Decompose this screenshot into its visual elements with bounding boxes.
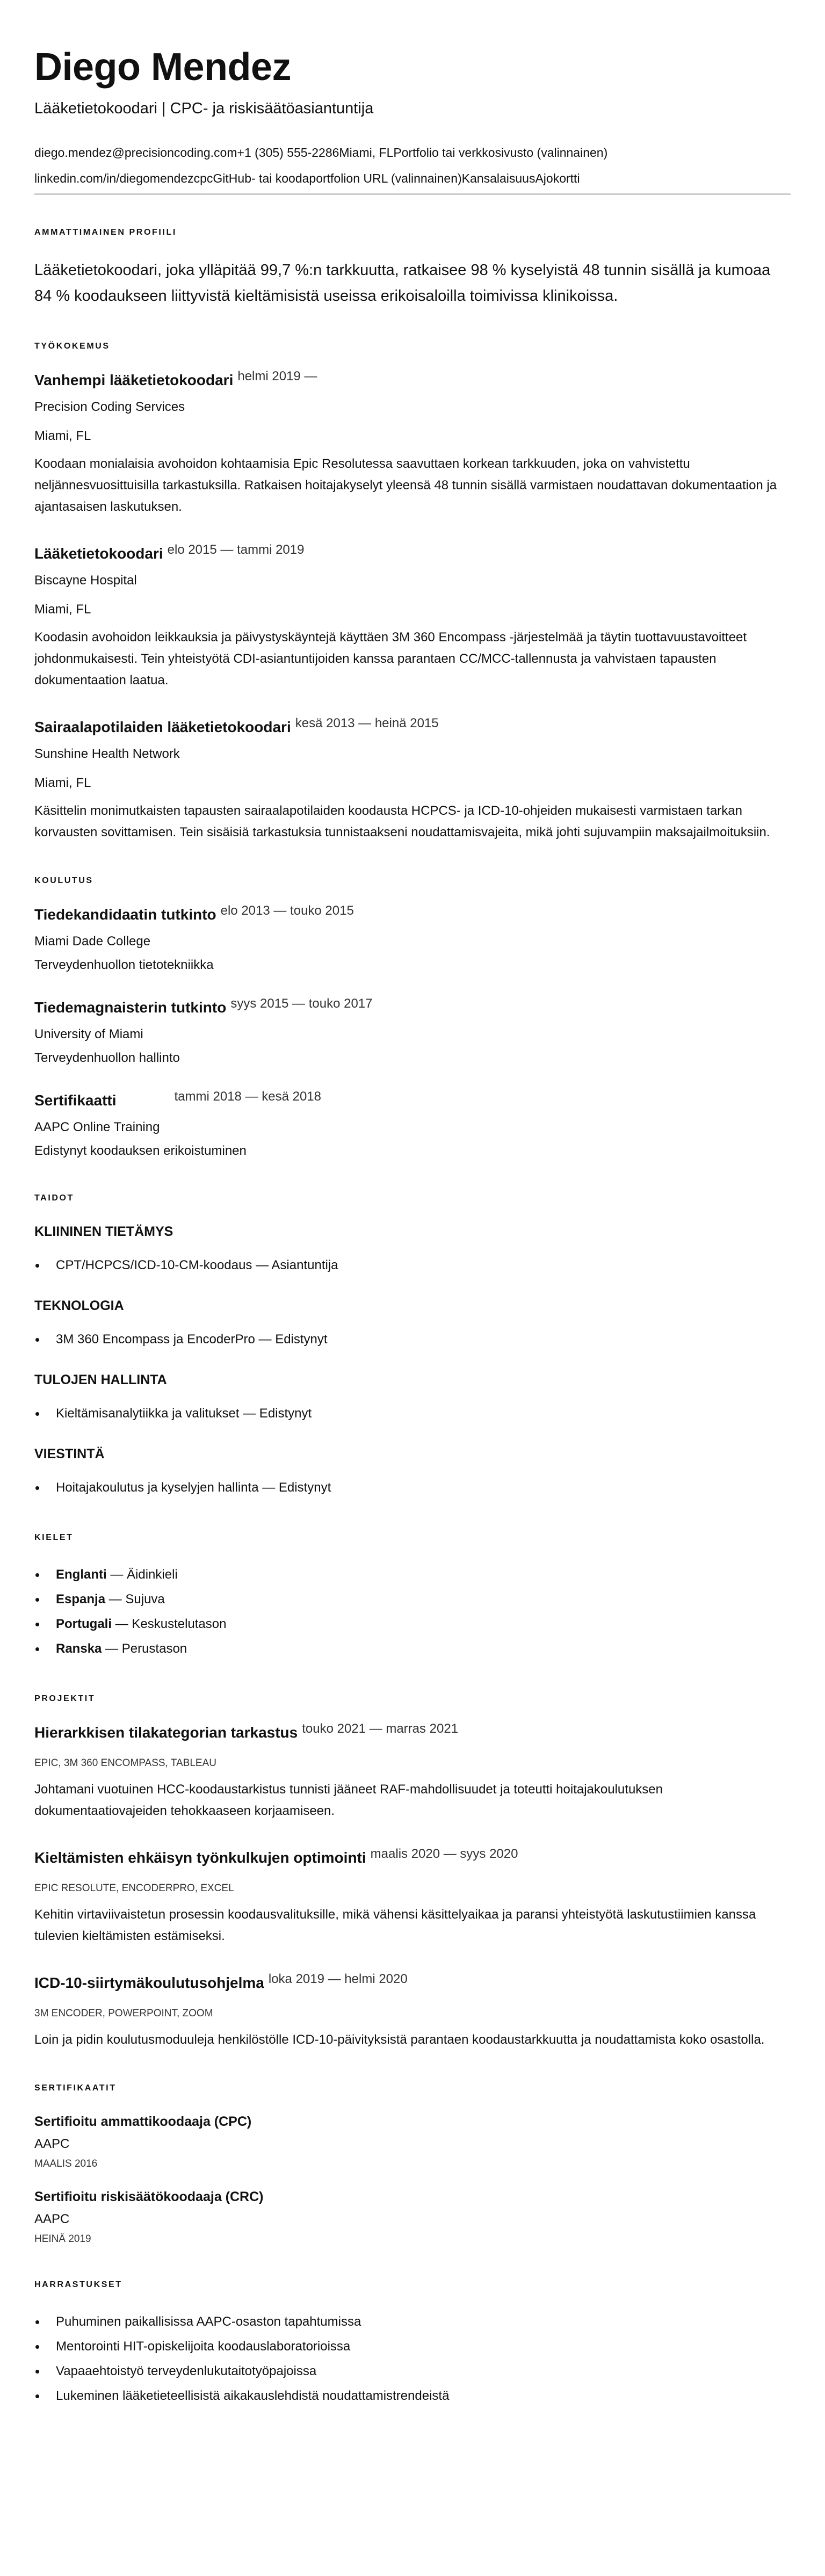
job-description: Koodaan monialaisia avohoidon kohtaamisi… (34, 453, 791, 518)
skills-section: Taidot KLIININEN TIETÄMYSCPT/HCPCS/ICD-1… (34, 1193, 791, 1500)
project-entry: Kieltämisten ehkäisyn työnkulkujen optim… (34, 1849, 791, 1947)
experience-section: Työkokemus Vanhempi lääketietokoodarihel… (34, 341, 791, 843)
location: Miami, FL (339, 146, 393, 160)
skill-group: TULOJEN HALLINTAKieltämisanalytiikka ja … (34, 1371, 791, 1426)
certification-name: Sertifioitu riskisäätökoodaaja (CRC) (34, 2188, 791, 2205)
skill-group: KLIININEN TIETÄMYSCPT/HCPCS/ICD-10-CM-ko… (34, 1223, 791, 1278)
entry-heading: Sertifikaattitammi 2018 — kesä 2018 (34, 1091, 791, 1115)
skill-item: 3M 360 Encompass ja EncoderPro — Edistyn… (34, 1327, 791, 1352)
interest-item: Puhuminen paikallisissa AAPC-osaston tap… (34, 2310, 791, 2334)
separator: — (107, 1567, 127, 1582)
entry-heading: Vanhempi lääketietokoodarihelmi 2019 — (34, 371, 791, 394)
company-name: Precision Coding Services (34, 397, 791, 417)
field-of-study: Terveydenhuollon tietotekniikka (34, 956, 791, 975)
section-title: Ammattimainen profiili (34, 227, 791, 238)
school-name: AAPC Online Training (34, 1118, 791, 1137)
job-title: Lääketietokoodari (34, 545, 163, 562)
citizenship: Kansalaisuus (462, 171, 535, 185)
entry-heading: Kieltämisten ehkäisyn työnkulkujen optim… (34, 1849, 791, 1872)
separator: — (102, 1641, 121, 1656)
skill-group-title: TEKNOLOGIA (34, 1297, 791, 1314)
skill-group: TEKNOLOGIA3M 360 Encompass ja EncoderPro… (34, 1297, 791, 1352)
contact-info: diego.mendez@precisioncoding.com+1 (305)… (34, 140, 791, 195)
languages-section: Kielet Englanti — ÄidinkieliEspanja — Su… (34, 1532, 791, 1661)
section-title: Työkokemus (34, 341, 791, 352)
project-description: Johtamani vuotuinen HCC-koodaustarkistus… (34, 1779, 791, 1822)
project-tech-stack: 3M Encoder, PowerPoint, Zoom (34, 2006, 791, 2022)
section-title: Projektit (34, 1694, 791, 1704)
resume-page: Diego Mendez Lääketietokoodari | CPC- ja… (0, 0, 825, 2408)
language-name: Portugali (56, 1617, 112, 1631)
separator: — (112, 1617, 132, 1631)
section-title: Kielet (34, 1532, 791, 1543)
separator: — (105, 1592, 125, 1607)
project-name: Hierarkkisen tilakategorian tarkastus (34, 1724, 298, 1741)
project-name: Kieltämisten ehkäisyn työnkulkujen optim… (34, 1849, 366, 1866)
candidate-headline: Lääketietokoodari | CPC- ja riskisäätöas… (34, 98, 791, 119)
certifications-section: Sertifikaatit Sertifioitu ammattikoodaaj… (34, 2083, 791, 2247)
job-dates: helmi 2019 — (237, 369, 317, 383)
project-description: Loin ja pidin koulutusmoduuleja henkilös… (34, 2029, 791, 2051)
interest-item: Lukeminen lääketieteellisistä aikakausle… (34, 2384, 791, 2408)
drivers-license: Ajokortti (535, 171, 580, 185)
certification-entry: Sertifioitu riskisäätökoodaaja (CRC)AAPC… (34, 2188, 791, 2247)
section-title: Koulutus (34, 875, 791, 886)
field-of-study: Terveydenhuollon hallinto (34, 1048, 791, 1068)
company-name: Biscayne Hospital (34, 571, 791, 590)
resume-header: Diego Mendez Lääketietokoodari | CPC- ja… (34, 44, 791, 195)
education-entry: Tiedemagnaisterin tutkintosyys 2015 — to… (34, 998, 791, 1068)
education-section: Koulutus Tiedekandidaatin tutkintoelo 20… (34, 875, 791, 1161)
phone-number[interactable]: +1 (305) 555-2286 (237, 146, 339, 160)
school-name: University of Miami (34, 1025, 791, 1044)
project-dates: maalis 2020 — syys 2020 (371, 1847, 518, 1861)
language-level: Sujuva (125, 1592, 164, 1607)
language-level: Keskustelutason (132, 1617, 226, 1631)
language-name: Englanti (56, 1567, 107, 1582)
education-dates: syys 2015 — touko 2017 (230, 996, 372, 1011)
language-level: Perustason (122, 1641, 187, 1656)
education-dates: tammi 2018 — kesä 2018 (175, 1089, 321, 1104)
language-item: Ranska — Perustason (34, 1637, 791, 1661)
project-entry: Hierarkkisen tilakategorian tarkastustou… (34, 1724, 791, 1822)
section-title: Sertifikaatit (34, 2083, 791, 2094)
field-of-study: Edistynyt koodauksen erikoistuminen (34, 1141, 791, 1161)
certification-entry: Sertifioitu ammattikoodaaja (CPC)AAPCmaa… (34, 2113, 791, 2172)
certification-date: maalis 2016 (34, 2156, 791, 2172)
language-item: Englanti — Äidinkieli (34, 1562, 791, 1587)
skill-group: VIESTINTÄHoitajakoulutus ja kyselyjen ha… (34, 1445, 791, 1500)
job-description: Käsittelin monimutkaisten tapausten sair… (34, 800, 791, 843)
skill-item: Kieltämisanalytiikka ja valitukset — Edi… (34, 1401, 791, 1426)
education-dates: elo 2013 — touko 2015 (221, 903, 354, 918)
job-dates: kesä 2013 — heinä 2015 (295, 716, 439, 730)
degree-name: Tiedemagnaisterin tutkinto (34, 999, 226, 1016)
entry-heading: Tiedekandidaatin tutkintoelo 2013 — touk… (34, 906, 791, 929)
languages-list: Englanti — ÄidinkieliEspanja — SujuvaPor… (34, 1562, 791, 1661)
education-entry: Sertifikaattitammi 2018 — kesä 2018AAPC … (34, 1091, 791, 1161)
contact-line-2: linkedin.com/in/diegomendezcpcGitHub- ta… (34, 165, 791, 191)
certification-issuer: AAPC (34, 2134, 791, 2154)
job-title: Vanhempi lääketietokoodari (34, 372, 233, 388)
project-dates: loka 2019 — helmi 2020 (269, 1972, 408, 1986)
interest-item: Mentorointi HIT-opiskelijoita koodauslab… (34, 2334, 791, 2359)
candidate-name: Diego Mendez (34, 44, 791, 90)
education-entry: Tiedekandidaatin tutkintoelo 2013 — touk… (34, 906, 791, 975)
github-link[interactable]: GitHub- tai koodaportfolion URL (valinna… (213, 171, 461, 185)
language-name: Ranska (56, 1641, 102, 1656)
job-location: Miami, FL (34, 600, 791, 619)
project-tech-stack: Epic Resolute, EncoderPro, Excel (34, 1880, 791, 1897)
project-dates: touko 2021 — marras 2021 (302, 1721, 458, 1736)
section-title: Harrastukset (34, 2280, 791, 2290)
experience-entry: Lääketietokoodarielo 2015 — tammi 2019Bi… (34, 545, 791, 691)
skill-list: Hoitajakoulutus ja kyselyjen hallinta — … (34, 1475, 791, 1500)
experience-entry: Sairaalapotilaiden lääketietokoodarikesä… (34, 718, 791, 843)
skill-list: 3M 360 Encompass ja EncoderPro — Edistyn… (34, 1327, 791, 1352)
projects-section: Projektit Hierarkkisen tilakategorian ta… (34, 1694, 791, 2051)
job-description: Koodasin avohoidon leikkauksia ja päivys… (34, 627, 791, 691)
interest-item: Vapaaehtoistyö terveydenlukutaitotyöpajo… (34, 2359, 791, 2384)
interests-list: Puhuminen paikallisissa AAPC-osaston tap… (34, 2310, 791, 2408)
certification-issuer: AAPC (34, 2210, 791, 2229)
language-level: Äidinkieli (127, 1567, 178, 1582)
job-title: Sairaalapotilaiden lääketietokoodari (34, 719, 291, 735)
skill-group-title: VIESTINTÄ (34, 1445, 791, 1463)
skill-item: CPT/HCPCS/ICD-10-CM-koodaus — Asiantunti… (34, 1253, 791, 1278)
skill-group-title: TULOJEN HALLINTA (34, 1371, 791, 1388)
certification-date: heinä 2019 (34, 2231, 791, 2247)
project-description: Kehitin virtaviivaistetun prosessin kood… (34, 1904, 791, 1947)
entry-heading: Hierarkkisen tilakategorian tarkastustou… (34, 1724, 791, 1747)
experience-entry: Vanhempi lääketietokoodarihelmi 2019 —Pr… (34, 371, 791, 518)
portfolio-link[interactable]: Portfolio tai verkkosivusto (valinnainen… (393, 146, 607, 160)
profile-summary: Lääketietokoodari, joka ylläpitää 99,7 %… (34, 257, 791, 309)
job-location: Miami, FL (34, 773, 791, 793)
language-name: Espanja (56, 1592, 105, 1607)
entry-heading: Sairaalapotilaiden lääketietokoodarikesä… (34, 718, 791, 741)
language-item: Portugali — Keskustelutason (34, 1612, 791, 1637)
job-location: Miami, FL (34, 426, 791, 446)
linkedin-link[interactable]: linkedin.com/in/diegomendezcpc (34, 171, 213, 185)
project-tech-stack: Epic, 3M 360 Encompass, Tableau (34, 1755, 791, 1771)
company-name: Sunshine Health Network (34, 744, 791, 764)
job-dates: elo 2015 — tammi 2019 (168, 542, 305, 557)
language-item: Espanja — Sujuva (34, 1587, 791, 1612)
profile-section: Ammattimainen profiili Lääketietokoodari… (34, 227, 791, 309)
school-name: Miami Dade College (34, 932, 791, 951)
interests-section: Harrastukset Puhuminen paikallisissa AAP… (34, 2280, 791, 2408)
project-entry: ICD-10-siirtymäkoulutusohjelmaloka 2019 … (34, 1974, 791, 2051)
entry-heading: Tiedemagnaisterin tutkintosyys 2015 — to… (34, 998, 791, 1022)
degree-name: Tiedekandidaatin tutkinto (34, 906, 216, 923)
degree-name: Sertifikaatti (34, 1092, 117, 1109)
skill-list: CPT/HCPCS/ICD-10-CM-koodaus — Asiantunti… (34, 1253, 791, 1278)
contact-line-1: diego.mendez@precisioncoding.com+1 (305)… (34, 140, 791, 165)
email-link[interactable]: diego.mendez@precisioncoding.com (34, 146, 237, 160)
certification-name: Sertifioitu ammattikoodaaja (CPC) (34, 2113, 791, 2130)
entry-heading: Lääketietokoodarielo 2015 — tammi 2019 (34, 545, 791, 568)
section-title: Taidot (34, 1193, 791, 1204)
skill-list: Kieltämisanalytiikka ja valitukset — Edi… (34, 1401, 791, 1426)
skill-item: Hoitajakoulutus ja kyselyjen hallinta — … (34, 1475, 791, 1500)
skill-group-title: KLIININEN TIETÄMYS (34, 1223, 791, 1240)
entry-heading: ICD-10-siirtymäkoulutusohjelmaloka 2019 … (34, 1974, 791, 1997)
project-name: ICD-10-siirtymäkoulutusohjelma (34, 1974, 264, 1991)
